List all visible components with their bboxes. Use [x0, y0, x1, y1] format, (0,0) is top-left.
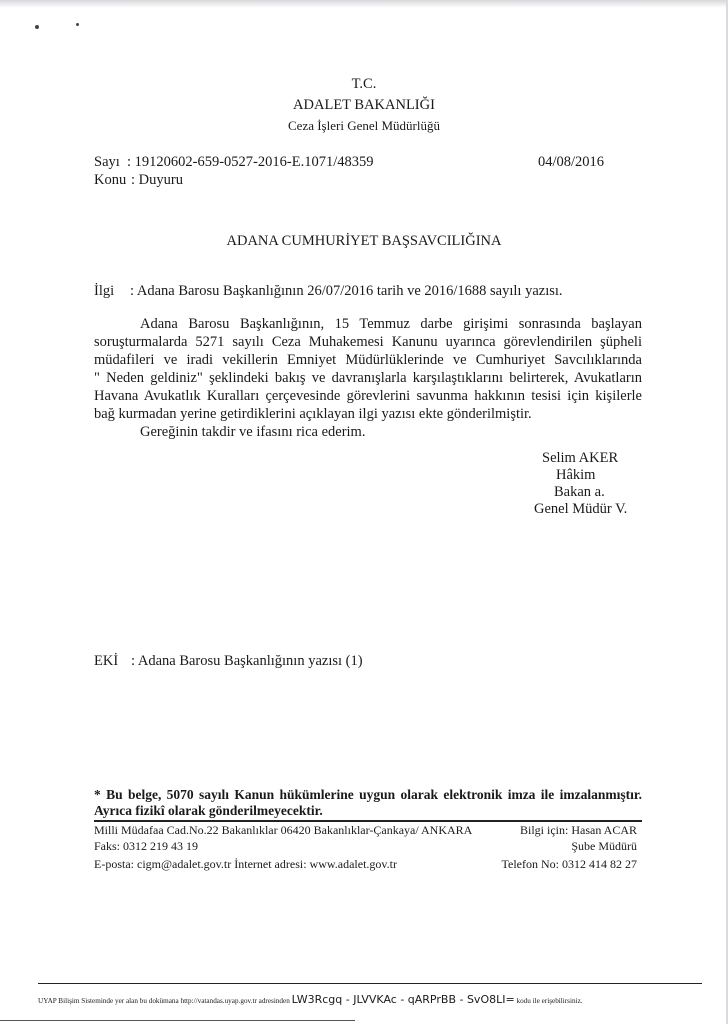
scan-speck — [35, 25, 39, 29]
body-paragraph: Adana Barosu Başkanlığının, 15 Temmuz da… — [94, 315, 642, 441]
body-line: Havana Avukatlık Kuralları çerçevesinde … — [94, 387, 642, 405]
email-web: E-posta: cigm@adalet.gov.tr İnternet adr… — [94, 856, 472, 872]
attachment-value: : Adana Barosu Başkanlığının yazısı (1) — [131, 653, 363, 670]
sayi-value: : 19120602-659-0527-2016-E.1071/48359 — [127, 154, 373, 171]
uyap-divider — [38, 983, 702, 984]
info-contact: Bilgi için: Hasan ACAR — [490, 822, 637, 838]
document-date: 04/08/2016 — [538, 154, 604, 171]
uyap-prefix: UYAP Bilişim Sisteminde yer alan bu dokü… — [38, 997, 290, 1005]
signer-position: Genel Müdür V. — [520, 501, 650, 518]
page-bottom-edge — [0, 1020, 355, 1021]
attachment-label: EKİ — [94, 653, 118, 670]
fax: Faks: 0312 219 43 19 — [94, 838, 472, 854]
konu-label: Konu — [94, 172, 126, 189]
uyap-suffix: kodu ile erişebilirsiniz. — [516, 997, 582, 1005]
info-title: Şube Müdürü — [490, 838, 637, 854]
notice-line: * Bu belge, 5070 sayılı Kanun hükümlerin… — [94, 787, 642, 803]
body-line: " Neden geldiniz" şeklindeki bakış ve da… — [94, 369, 642, 387]
header-tc: T.C. — [0, 76, 728, 93]
ilgi-label: İlgi — [94, 283, 114, 300]
contact-right: Bilgi için: Hasan ACAR Şube Müdürü Telef… — [490, 822, 637, 872]
contact-left: Milli Müdafaa Cad.No.22 Bakanlıklar 0642… — [94, 822, 472, 872]
body-line: Adana Barosu Başkanlığının, 15 Temmuz da… — [94, 315, 642, 333]
body-closing: Gereğinin takdir ve ifasını rica ederim. — [94, 423, 642, 441]
sayi-label: Sayı — [94, 154, 120, 171]
uyap-code: LW3Rcgq - JLVVKAc - qARPrBB - SvO8LI= — [292, 993, 515, 1006]
header-ministry: ADALET BAKANLIĞI — [0, 97, 728, 114]
scan-edge-top — [0, 0, 728, 8]
header-department: Ceza İşleri Genel Müdürlüğü — [0, 118, 728, 134]
signature-block: Selim AKER Hâkim Bakan a. Genel Müdür V. — [520, 450, 650, 518]
scan-speck — [76, 23, 79, 26]
notice-line: Ayrıca fizikî olarak gönderilmeyecektir. — [94, 803, 323, 818]
signer-role: Bakan a. — [520, 484, 650, 501]
signer-name: Selim AKER — [520, 450, 650, 467]
ilgi-value: : Adana Barosu Başkanlığının 26/07/2016 … — [130, 283, 563, 300]
body-line: soruşturmalarda 5271 sayılı Ceza Muhakem… — [94, 333, 642, 351]
e-signature-notice: * Bu belge, 5070 sayılı Kanun hükümlerin… — [94, 787, 642, 819]
recipient: ADANA CUMHURİYET BAŞSAVCILIĞINA — [0, 233, 728, 250]
body-line: bağ kurmadan yerine getirdiklerini açıkl… — [94, 405, 642, 423]
phone: Telefon No: 0312 414 82 27 — [490, 856, 637, 872]
konu-value: : Duyuru — [131, 172, 183, 189]
address: Milli Müdafaa Cad.No.22 Bakanlıklar 0642… — [94, 822, 472, 838]
uyap-footer: UYAP Bilişim Sisteminde yer alan bu dokü… — [38, 993, 702, 1006]
body-line: müdafileri ve iradi vekillerin Emniyet M… — [94, 351, 642, 369]
signer-title: Hâkim — [520, 467, 650, 484]
